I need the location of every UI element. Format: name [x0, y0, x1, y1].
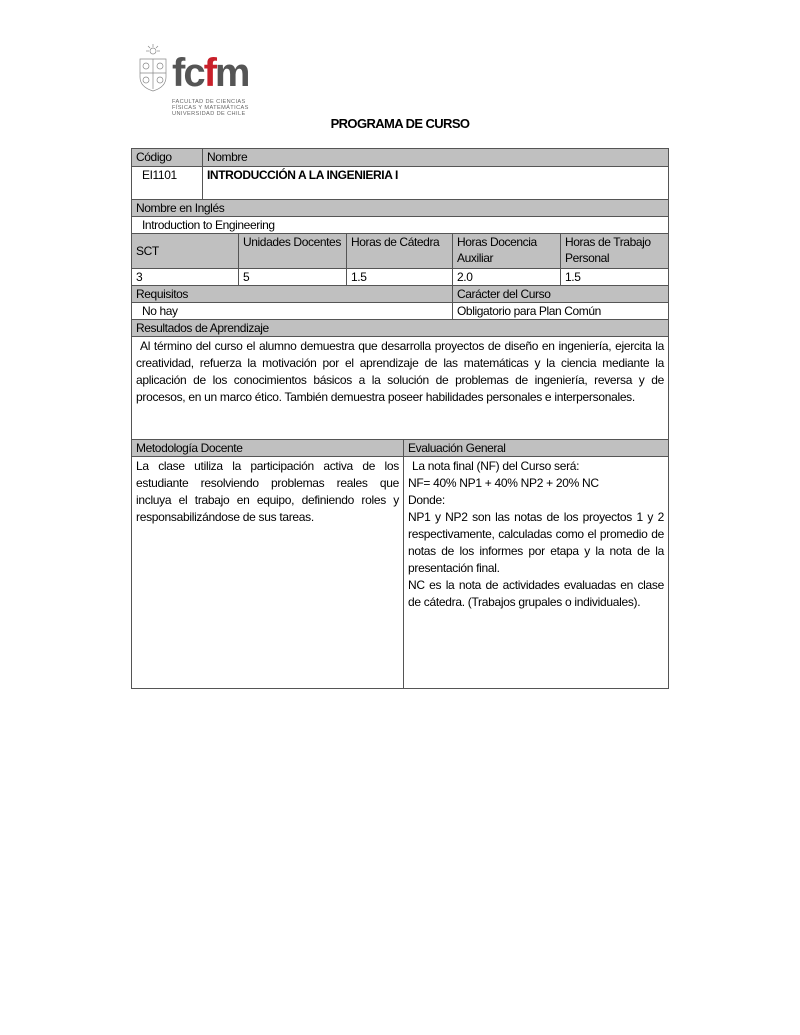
university-crest-icon — [136, 43, 170, 93]
requirements-label: Requisitos — [132, 286, 453, 302]
page-title: PROGRAMA DE CURSO — [0, 116, 800, 131]
evaluation-text: La nota final (NF) del Curso será: NF= 4… — [404, 457, 668, 688]
course-name: INTRODUCCIÓN A LA INGENIERIA I — [203, 167, 668, 199]
personal-work-hours-header: Horas de Trabajo Personal — [561, 234, 668, 268]
evaluation-line-where: Donde: — [408, 492, 664, 509]
personal-work-hours-value: 1.5 — [561, 269, 668, 285]
sct-header: SCT — [132, 234, 239, 268]
teaching-units-value: 5 — [239, 269, 347, 285]
faculty-name: FACULTAD DE CIENCIAS FÍSICAS Y MATEMÁTIC… — [172, 99, 249, 117]
code-name-row: EI1101 INTRODUCCIÓN A LA INGENIERIA I — [132, 167, 668, 200]
sct-value: 3 — [132, 269, 239, 285]
requirements-header-row: Requisitos Carácter del Curso — [132, 286, 668, 303]
methodology-evaluation-header-row: Metodología Docente Evaluación General — [132, 440, 668, 457]
learning-outcomes-row: Al término del curso el alumno demuestra… — [132, 337, 668, 440]
evaluation-nc-description: NC es la nota de actividades evaluadas e… — [408, 577, 664, 611]
evaluation-label: Evaluación General — [404, 440, 668, 456]
learning-outcomes-header-row: Resultados de Aprendizaje — [132, 320, 668, 337]
evaluation-line-intro: La nota final (NF) del Curso será: — [408, 458, 664, 475]
requirements-value: No hay — [132, 303, 453, 319]
course-character-value: Obligatorio para Plan Común — [453, 303, 668, 319]
methodology-text: La clase utiliza la participación activa… — [132, 457, 404, 688]
hours-values-row: 3 5 1.5 2.0 1.5 — [132, 269, 668, 286]
english-name-header-row: Nombre en Inglés — [132, 200, 668, 217]
code-name-header-row: Código Nombre — [132, 149, 668, 167]
lecture-hours-value: 1.5 — [347, 269, 453, 285]
auxiliary-hours-header: Horas Docencia Auxiliar — [453, 234, 561, 268]
learning-outcomes-text: Al término del curso el alumno demuestra… — [132, 337, 668, 439]
course-character-label: Carácter del Curso — [453, 286, 668, 302]
evaluation-np-description: NP1 y NP2 son las notas de los proyectos… — [408, 509, 664, 577]
english-name-label: Nombre en Inglés — [132, 200, 668, 216]
lecture-hours-header: Horas de Cátedra — [347, 234, 453, 268]
hours-header-row: SCT Unidades Docentes Horas de Cátedra H… — [132, 234, 668, 269]
methodology-label: Metodología Docente — [132, 440, 404, 456]
methodology-evaluation-row: La clase utiliza la participación activa… — [132, 457, 668, 688]
fcfm-logo: fcfm FACULTAD DE CIENCIAS FÍSICAS Y MATE… — [136, 43, 252, 119]
english-name: Introduction to Engineering — [132, 217, 668, 233]
fcfm-wordmark: fcfm — [172, 53, 248, 93]
learning-outcomes-label: Resultados de Aprendizaje — [132, 320, 668, 336]
course-program-table: Código Nombre EI1101 INTRODUCCIÓN A LA I… — [131, 148, 669, 689]
english-name-row: Introduction to Engineering — [132, 217, 668, 234]
evaluation-formula: NF= 40% NP1 + 40% NP2 + 20% NC — [408, 475, 664, 492]
code-label: Código — [132, 149, 203, 166]
requirements-row: No hay Obligatorio para Plan Común — [132, 303, 668, 320]
teaching-units-header: Unidades Docentes — [239, 234, 347, 268]
name-label: Nombre — [203, 149, 668, 166]
auxiliary-hours-value: 2.0 — [453, 269, 561, 285]
course-code: EI1101 — [132, 167, 203, 199]
